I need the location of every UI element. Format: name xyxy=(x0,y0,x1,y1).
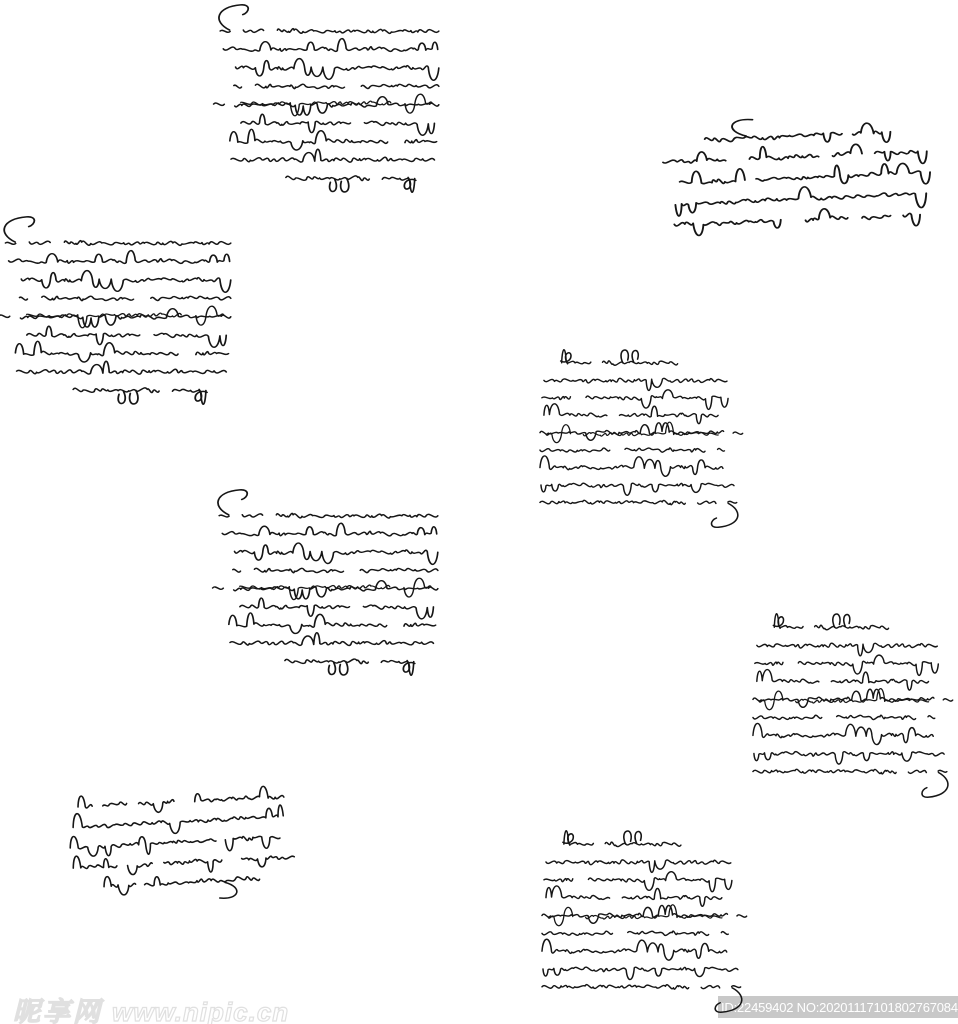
nipic-watermark: 昵享网 www.nipic.cn xyxy=(13,990,289,1024)
nipic-site-name: 昵享网 xyxy=(13,990,103,1024)
handwriting-note-bottom-left xyxy=(63,780,306,900)
note-scribble xyxy=(649,118,938,242)
handwriting-paragraph-center xyxy=(210,487,440,675)
pattern-canvas: 昵享网 www.nipic.cn ID:22459402 NO:20201117… xyxy=(0,0,958,1024)
paragraph-scribble xyxy=(751,614,955,800)
handwriting-note-top-right xyxy=(649,118,938,242)
paragraph-scribble xyxy=(210,487,440,675)
paragraph-scribble xyxy=(540,831,749,1015)
paragraph-scribble xyxy=(211,2,441,192)
paragraph-scribble xyxy=(0,214,233,404)
nipic-site-url: www.nipic.cn xyxy=(112,997,289,1024)
handwriting-layer xyxy=(0,0,958,1024)
handwriting-paragraph-left xyxy=(0,214,233,404)
handwriting-paragraph-bottom-center xyxy=(540,831,749,1015)
handwriting-paragraph-right xyxy=(751,614,955,800)
handwriting-paragraph-top-center xyxy=(211,2,441,192)
paragraph-scribble xyxy=(538,350,745,530)
handwriting-paragraph-middle-right xyxy=(538,350,745,530)
note-scribble xyxy=(63,780,306,900)
